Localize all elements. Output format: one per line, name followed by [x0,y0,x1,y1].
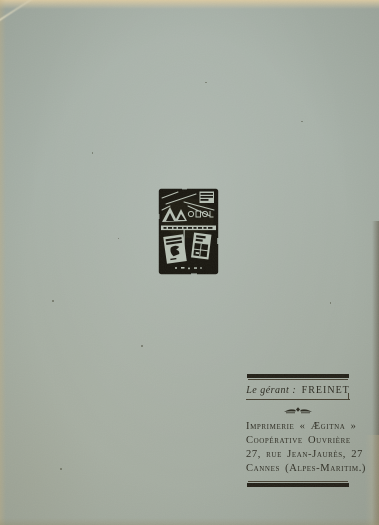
imprint-rule-bottom-thick [247,483,349,487]
paper-speck [330,302,331,304]
paper-speck [118,238,119,239]
typographic-fleuron-icon [283,405,313,415]
imprint-block: Le gérant : FREINET Imprimerie « Ægitna … [246,374,350,487]
manager-name: FREINET [302,385,350,396]
woodcut-printers-mark-stamp [158,188,219,275]
imprint-line-city: Cannes (Alpes-Maritim.) [246,462,350,476]
imprint-line-street: 27, rue Jean-Jaurès, 27 [246,448,350,462]
manager-underline-rule [246,399,350,400]
paper-speck [301,121,303,122]
imprint-address: Imprimerie « Ægitna » Coopérative Ouvriè… [246,420,350,476]
page-edge-top [0,0,379,9]
imprint-line-printer: Imprimerie « Ægitna » [246,420,350,434]
manager-line: Le gérant : FREINET [246,385,350,397]
imprint-rule-bottom-thin [248,481,348,482]
imprint-line-cooperative: Coopérative Ouvrière [246,434,350,448]
imprint-rule-top-thick [247,374,349,378]
imprint-rule-top-thin [248,379,348,380]
paper-speck [141,345,143,347]
page-edge-left [0,0,6,525]
paper-speck [92,152,93,154]
paper-speck [60,468,62,470]
page-edge-bottom [0,518,379,525]
page-corner-discoloration [365,435,379,525]
stamp-illustration [158,188,219,275]
manager-label: Le gérant : [246,385,296,396]
scanned-page: Le gérant : FREINET Imprimerie « Ægitna … [0,0,379,525]
paper-speck [205,82,207,83]
paper-speck [52,300,54,302]
manager-rule-end-tick [348,393,349,399]
